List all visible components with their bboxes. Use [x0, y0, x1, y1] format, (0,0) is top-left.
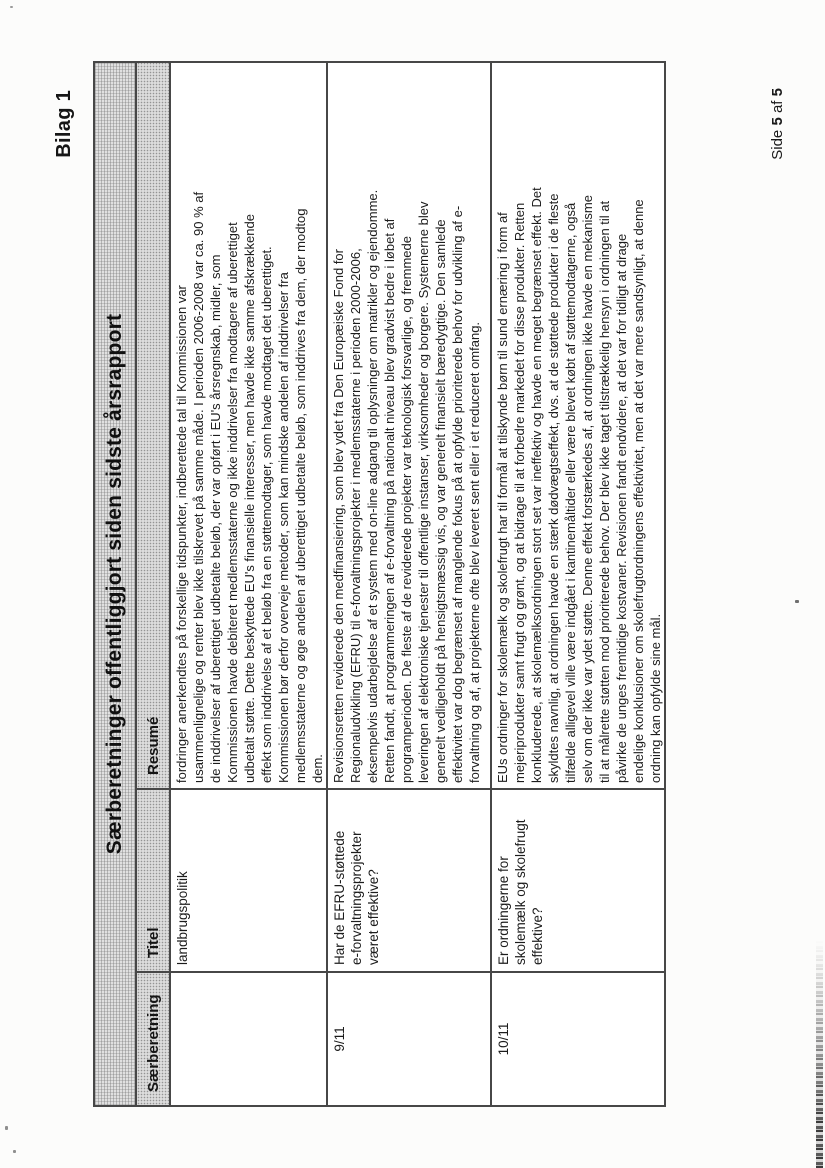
scan-streak	[816, 928, 823, 1168]
report-number-cell: 9/11	[327, 972, 491, 1106]
scan-speck	[10, 6, 13, 8]
footer-word-af: af	[769, 101, 786, 114]
footer-page-number: 5	[769, 117, 786, 125]
report-summary-cell: Revisionsretten reviderede den medfinans…	[327, 62, 491, 789]
report-number-cell: 10/11	[491, 972, 665, 1106]
scanned-page: Bilag 1 Særberetninger offentliggjort si…	[0, 0, 825, 1168]
special-reports-table: Særberetninger offentliggjort siden sids…	[93, 61, 666, 1107]
table-title: Særberetninger offentliggjort siden sids…	[94, 62, 136, 1106]
footer-word-side: Side	[769, 130, 786, 160]
report-title-cell: Er ordningerne for skolemælk og skolefru…	[491, 789, 665, 972]
report-number-cell	[170, 972, 327, 1106]
table-row: landbrugspolitik fordringer anerkendtes …	[170, 62, 327, 1106]
report-summary-cell: fordringer anerkendtes på forskellige ti…	[170, 62, 327, 789]
table-header-row: Særberetning Titel Resumé	[136, 62, 170, 1106]
scan-speck	[795, 600, 799, 603]
table-row: 9/11 Har de EFRU-støttede e-forvaltnings…	[327, 62, 491, 1106]
column-header-resume: Resumé	[136, 62, 170, 789]
scan-speck	[5, 1126, 8, 1130]
annex-label: Bilag 1	[53, 90, 76, 158]
column-header-saerberetning: Særberetning	[136, 972, 170, 1106]
page-sheet: Bilag 1 Særberetninger offentliggjort si…	[0, 0, 825, 1168]
table-title-row: Særberetninger offentliggjort siden sids…	[94, 62, 136, 1106]
column-header-titel: Titel	[136, 789, 170, 972]
report-title-cell: Har de EFRU-støttede e-forvaltningsproje…	[327, 789, 491, 972]
report-summary-cell: EUs ordninger for skolemælk og skolefrug…	[491, 62, 665, 789]
page-footer: Side 5 af 5	[769, 88, 786, 160]
footer-total-pages: 5	[769, 88, 786, 96]
scan-speck	[13, 1150, 16, 1153]
report-title-cell: landbrugspolitik	[170, 789, 327, 972]
table-row: 10/11 Er ordningerne for skolemælk og sk…	[491, 62, 665, 1106]
